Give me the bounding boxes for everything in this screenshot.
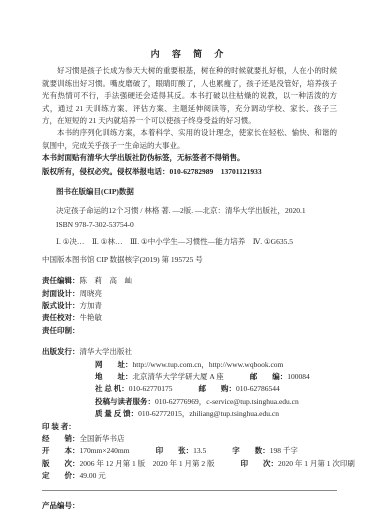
copyright-notice: 版权所有，侵权必究。侵权举报电话：010-62782989 1370112193… (42, 166, 337, 178)
cip-isbn: ISBN 978-7-302-53754-0 (56, 219, 337, 231)
field-value: 2006 年 12 月第 1 版 2020 年 1 月第 2 版 (80, 459, 215, 468)
field-label: 出版发行： (42, 347, 80, 356)
field-value: 牛艳敏 (80, 313, 103, 322)
field-value: 2020 年 1 月第 1 次印刷 (278, 459, 355, 468)
intro-paragraph-2: 本书的序列化训练方案，本着科学、实用的设计理念，使家长在轻松、愉快、和谐的氛围中… (42, 127, 337, 152)
content-summary-heading: 内 容 简 介 (42, 48, 337, 60)
publishing-row: 社 总 机：010-62770175邮 购：010-62786544 (95, 383, 337, 395)
field-label: 邮 购： (199, 384, 237, 393)
intro-section: 好习惯是孩子长成为参天大树的重要根基，树在种的时候就要扎好根，人在小的时候就要训… (42, 65, 337, 152)
field-value: 北京清华大学学研大厦 A 座 (133, 372, 224, 381)
field: 印 张：13.5 (156, 446, 207, 455)
field-label: 责任印制： (42, 326, 80, 335)
product-number-label: 产品编号： (42, 501, 80, 510)
field-label: 版 次： (42, 459, 80, 468)
field-value: 全国新华书店 (80, 434, 125, 443)
field-label: 字 数： (232, 446, 270, 455)
field-label: 地 址： (95, 372, 133, 381)
field-value: 010-62772015，zhiliang@tup.tsinghua.edu.c… (138, 409, 279, 418)
field-label: 投稿与读者服务： (95, 397, 155, 406)
field: 版式设计：方加青 (42, 301, 102, 310)
field-label: 社 总 机： (95, 384, 129, 393)
publishing-row: 印 装 者： (42, 421, 337, 433)
credit-row: 责任编辑：陈 莉 高 屾 (42, 275, 337, 287)
field-label: 开 本： (42, 446, 80, 455)
field: 经 销：全国新华书店 (42, 434, 125, 443)
publishing-row: 网 址：http://www.tup.com.cn，http://www.wqb… (95, 359, 337, 371)
field: 责任编辑：陈 莉 高 屾 (42, 276, 132, 285)
cip-heading: 图书在版编目(CIP)数据 (56, 186, 337, 198)
field: 责任印制： (42, 326, 80, 335)
field: 封面设计：周晓亮 (42, 289, 102, 298)
field-value: 陈 莉 高 屾 (80, 276, 133, 285)
field-value: 010-62786544 (236, 384, 280, 393)
field-label: 版式设计： (42, 301, 80, 310)
field-label: 印 装 者： (42, 422, 76, 431)
field: 责任校对：牛艳敏 (42, 313, 102, 322)
field-value: 49.00 元 (80, 471, 106, 480)
field-value: 方加青 (80, 301, 103, 310)
footer-divider (42, 490, 337, 491)
publishing-row: 投稿与读者服务：010-62776969，c-service@tup.tsing… (95, 396, 337, 408)
field: 社 总 机：010-62770175 (95, 384, 173, 393)
publishing-row: 开 本：170mm×240mm印 张：13.5字 数：198 千字 (42, 445, 337, 457)
cip-classification: Ⅰ. ①决… Ⅱ. ①林… Ⅲ. ①中小学生—习惯性—能力培养 Ⅳ. ①G635… (56, 236, 337, 248)
field-value: 198 千字 (270, 446, 298, 455)
field-value: 13.5 (193, 446, 206, 455)
credit-row: 责任印制： (42, 325, 337, 337)
field-label: 责任编辑： (42, 276, 80, 285)
field-label: 定 价： (42, 471, 80, 480)
field: 开 本：170mm×240mm (42, 446, 130, 455)
field: 网 址：http://www.tup.com.cn，http://www.wqb… (95, 360, 283, 369)
anti-piracy-notice: 本书封面贴有清华大学出版社防伪标签，无标签者不得销售。 (42, 152, 337, 164)
field-label: 邮 编： (250, 372, 288, 381)
credit-row: 封面设计：周晓亮 (42, 288, 337, 300)
field-value: 010-62776969，c-service@tup.tsinghua.edu.… (155, 397, 299, 406)
credit-row: 责任校对：牛艳敏 (42, 312, 337, 324)
field-value: 清华大学出版社 (80, 347, 133, 356)
copyright-page: 内 容 简 介 好习惯是孩子长成为参天大树的重要根基，树在种的时候就要扎好根，人… (0, 0, 375, 524)
field-label: 质 量 反 馈： (95, 409, 138, 418)
publishing-row: 定 价：49.00 元 (42, 470, 337, 482)
field-value: http://www.tup.com.cn，http://www.wqbook.… (133, 360, 284, 369)
field: 出版发行：清华大学出版社 (42, 347, 132, 356)
field-label: 印 张： (156, 446, 194, 455)
field-label: 责任校对： (42, 313, 80, 322)
cip-section: 图书在版编目(CIP)数据 决定孩子命运的12个习惯 / 林格 著. —2版. … (42, 186, 337, 266)
cip-title-line: 决定孩子命运的12个习惯 / 林格 著. —2版. —北京：清华大学出版社，20… (56, 205, 337, 217)
field-label: 封面设计： (42, 289, 80, 298)
publishing-row: 经 销：全国新华书店 (42, 433, 337, 445)
field: 邮 编：100084 (250, 372, 310, 381)
field-value: 170mm×240mm (80, 446, 130, 455)
field: 地 址：北京清华大学学研大厦 A 座 (95, 372, 224, 381)
publishing-row: 版 次：2006 年 12 月第 1 版 2020 年 1 月第 2 版印 次：… (42, 458, 337, 470)
publishing-row: 出版发行：清华大学出版社 (42, 346, 337, 358)
field: 字 数：198 千字 (232, 446, 298, 455)
field-value: 周晓亮 (80, 289, 103, 298)
credits-section: 责任编辑：陈 莉 高 屾封面设计：周晓亮版式设计：方加青责任校对：牛艳敏责任印制… (42, 275, 337, 337)
field-label: 经 销： (42, 434, 80, 443)
field: 投稿与读者服务：010-62776969，c-service@tup.tsing… (95, 397, 299, 406)
product-number-section: 产品编号： (42, 500, 337, 512)
field-value: 010-62770175 (129, 384, 173, 393)
field-label: 印 次： (241, 459, 279, 468)
field-value: 100084 (287, 372, 310, 381)
publishing-section: 出版发行：清华大学出版社网 址：http://www.tup.com.cn，ht… (42, 346, 337, 482)
field: 邮 购：010-62786544 (199, 384, 280, 393)
intro-paragraph-1: 好习惯是孩子长成为参天大树的重要根基，树在种的时候就要扎好根，人在小的时候就要训… (42, 65, 337, 127)
field-label: 网 址： (95, 360, 133, 369)
field: 印 装 者： (42, 422, 76, 431)
field: 定 价：49.00 元 (42, 471, 106, 480)
cip-record-number: 中国版本图书馆 CIP 数据核字(2019) 第 195725 号 (42, 254, 337, 266)
publishing-row: 质 量 反 馈：010-62772015，zhiliang@tup.tsingh… (95, 408, 337, 420)
publishing-row: 地 址：北京清华大学学研大厦 A 座邮 编：100084 (95, 371, 337, 383)
credit-row: 版式设计：方加青 (42, 300, 337, 312)
field: 版 次：2006 年 12 月第 1 版 2020 年 1 月第 2 版 (42, 459, 215, 468)
field: 质 量 反 馈：010-62772015，zhiliang@tup.tsingh… (95, 409, 279, 418)
field: 印 次：2020 年 1 月第 1 次印刷 (241, 459, 355, 468)
